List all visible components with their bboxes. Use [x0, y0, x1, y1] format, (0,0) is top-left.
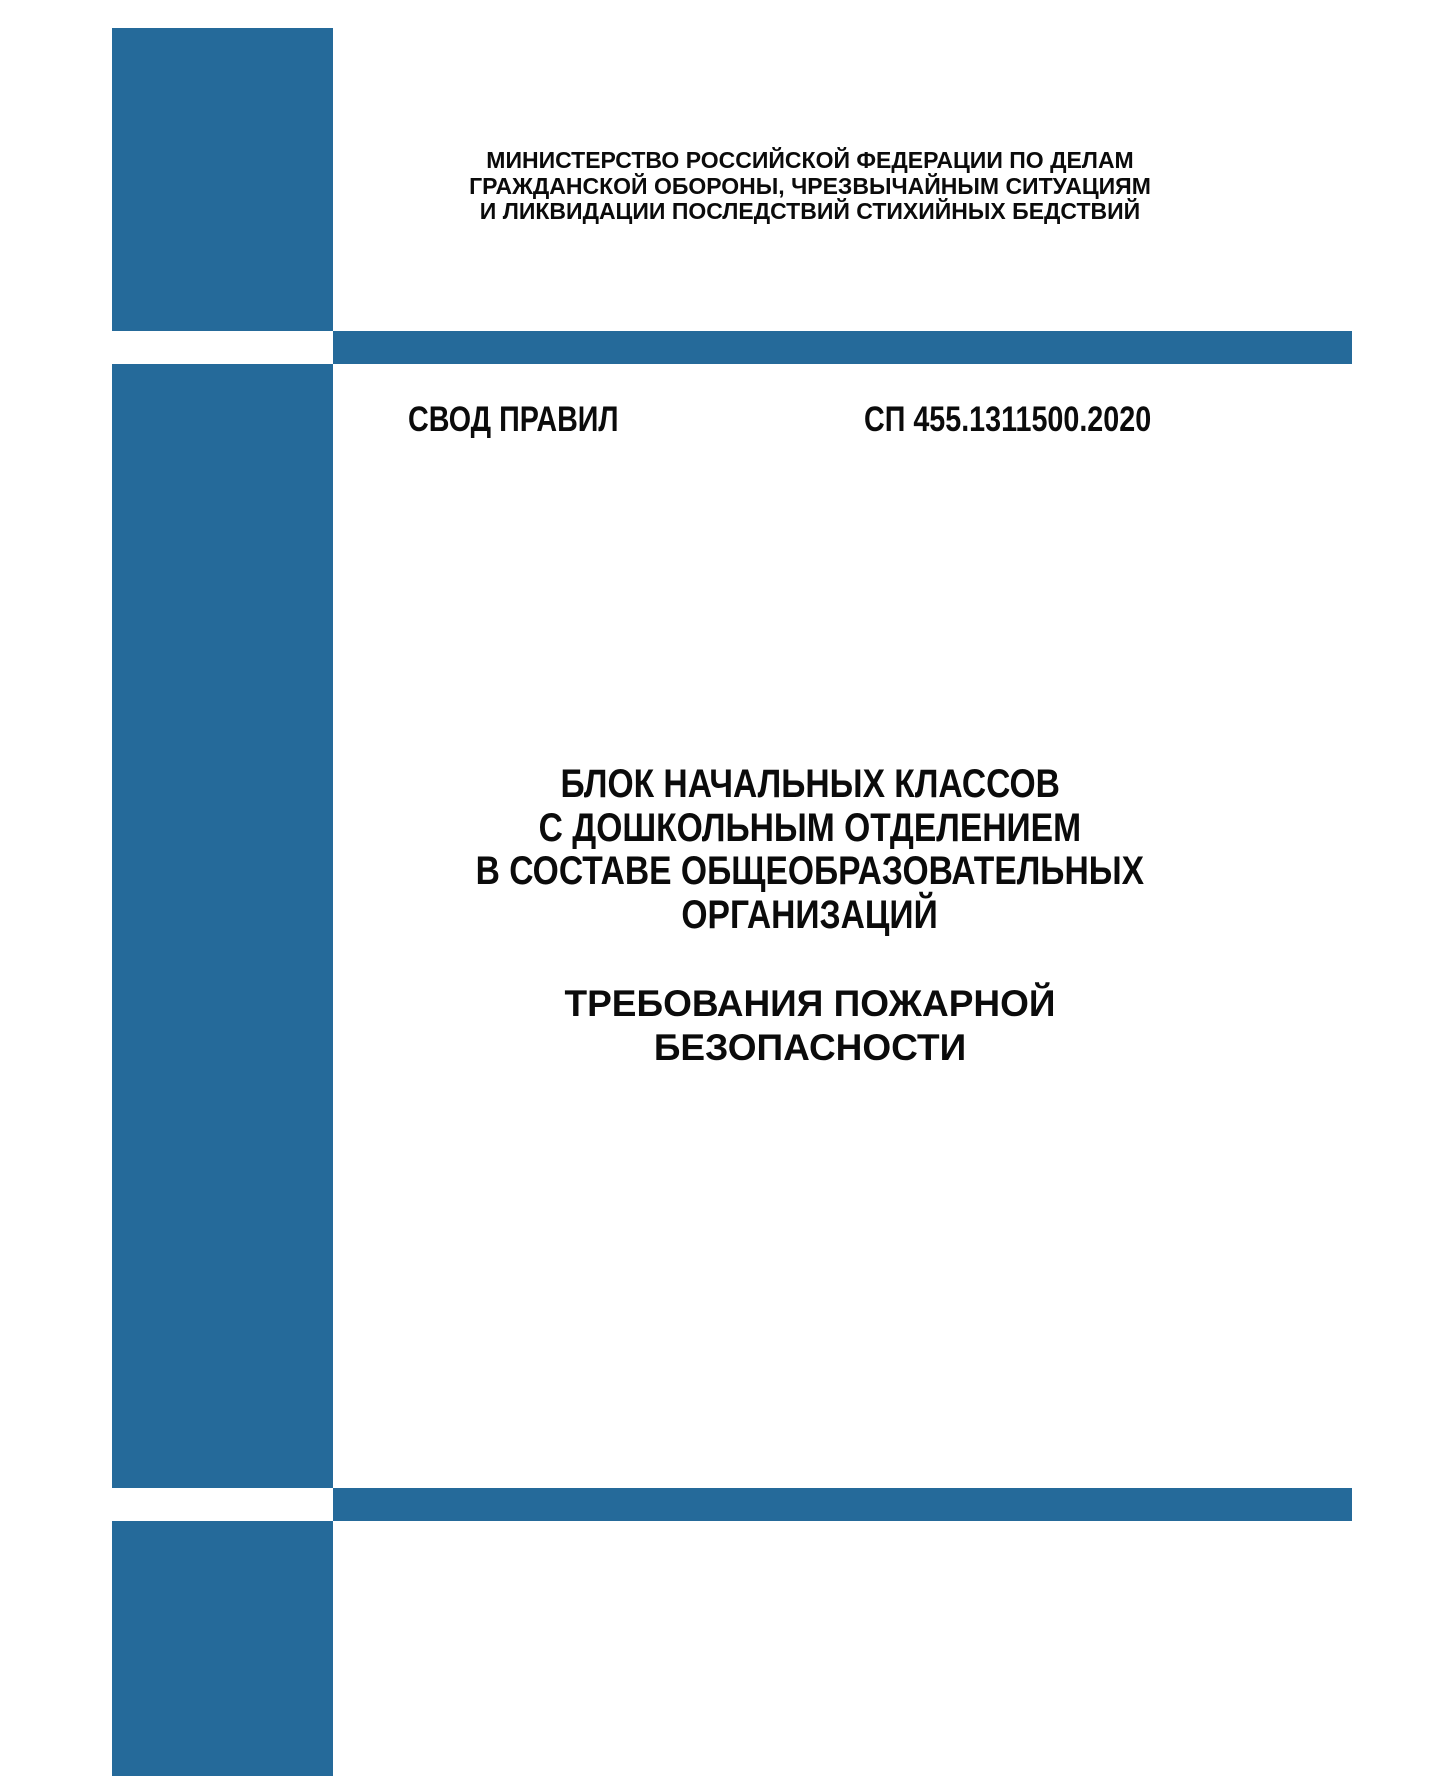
decorative-block-bottom — [112, 1521, 333, 1776]
title-line: БЛОК НАЧАЛЬНЫХ КЛАССОВ — [560, 763, 1059, 807]
ministry-line: МИНИСТЕРСТВО РОССИЙСКОЙ ФЕДЕРАЦИИ ПО ДЕЛ… — [420, 148, 1200, 174]
title-line: ОРГАНИЗАЦИЙ — [682, 894, 938, 938]
ministry-heading: МИНИСТЕРСТВО РОССИЙСКОЙ ФЕДЕРАЦИИ ПО ДЕЛ… — [420, 148, 1200, 225]
document-code: СП 455.1311500.2020 — [864, 400, 1214, 440]
document-subtitle: ТРЕБОВАНИЯ ПОЖАРНОЙ БЕЗОПАСНОСТИ — [480, 982, 1140, 1069]
ministry-line: ГРАЖДАНСКОЙ ОБОРОНЫ, ЧРЕЗВЫЧАЙНЫМ СИТУАЦ… — [420, 174, 1200, 200]
title-line: В СОСТАВЕ ОБЩЕОБРАЗОВАТЕЛЬНЫХ — [476, 850, 1144, 894]
document-code-text: СП 455.1311500.2020 — [864, 400, 1151, 440]
document-title: БЛОК НАЧАЛЬНЫХ КЛАССОВ С ДОШКОЛЬНЫМ ОТДЕ… — [380, 763, 1240, 938]
series-label-text: СВОД ПРАВИЛ — [408, 400, 619, 440]
decorative-block-middle — [112, 364, 333, 1488]
decorative-block-top — [112, 28, 333, 331]
subtitle-line: ТРЕБОВАНИЯ ПОЖАРНОЙ — [480, 982, 1140, 1026]
decorative-band-top — [333, 331, 1352, 364]
subtitle-line: БЕЗОПАСНОСТИ — [480, 1026, 1140, 1070]
title-line: С ДОШКОЛЬНЫМ ОТДЕЛЕНИЕМ — [539, 807, 1081, 851]
series-label: СВОД ПРАВИЛ — [408, 400, 665, 440]
ministry-line: И ЛИКВИДАЦИИ ПОСЛЕДСТВИЙ СТИХИЙНЫХ БЕДСТ… — [420, 199, 1200, 225]
decorative-band-bottom — [333, 1488, 1352, 1521]
